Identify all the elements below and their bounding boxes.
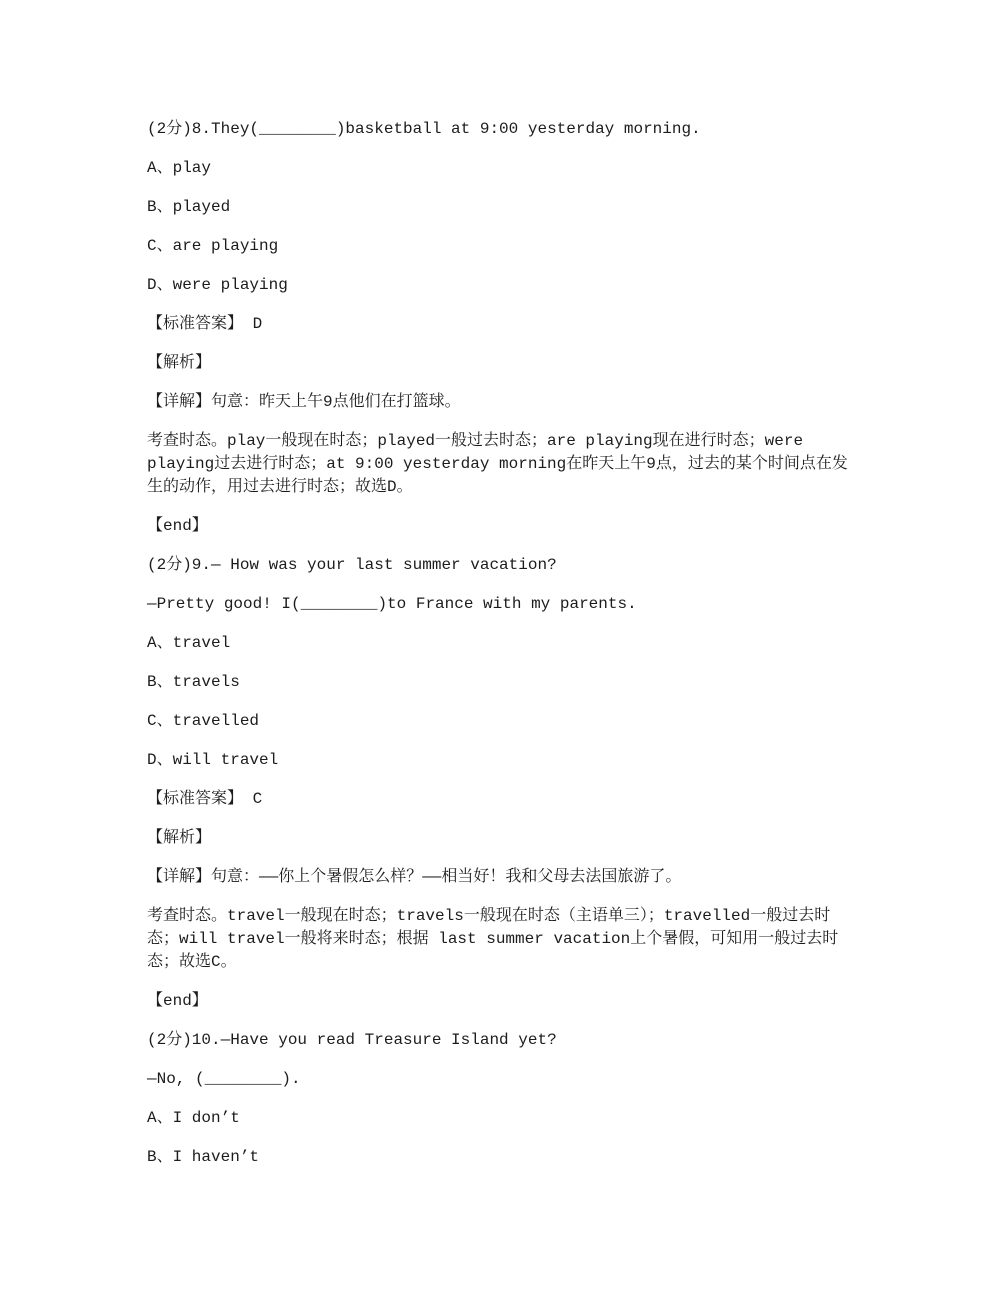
question-9: (2分)9.— How was your last summer vacatio… <box>147 554 855 1013</box>
question-8-end-marker: 【end】 <box>147 515 855 538</box>
question-10-prompt-line-1: (2分)10.—Have you read Treasure Island ye… <box>147 1029 855 1052</box>
question-8: (2分)8.They(________)basketball at 9:00 y… <box>147 118 855 538</box>
question-8-option-c: C、are playing <box>147 235 855 258</box>
question-9-analysis-heading: 【解析】 <box>147 827 855 850</box>
question-9-detail: 【详解】句意：——你上个暑假怎么样？——相当好！我和父母去法国旅游了。 <box>147 866 855 889</box>
exam-document-page: (2分)8.They(________)basketball at 9:00 y… <box>0 0 1000 1294</box>
question-9-option-a: A、travel <box>147 632 855 655</box>
question-9-option-b: B、travels <box>147 671 855 694</box>
question-9-prompt-line-1: (2分)9.— How was your last summer vacatio… <box>147 554 855 577</box>
question-9-end-marker: 【end】 <box>147 990 855 1013</box>
question-10-prompt-line-2: —No, (________). <box>147 1068 855 1091</box>
question-10-option-a: A、I don’t <box>147 1107 855 1130</box>
question-8-option-d: D、were playing <box>147 274 855 297</box>
question-10-option-b: B、I haven’t <box>147 1146 855 1169</box>
question-9-option-d: D、will travel <box>147 749 855 772</box>
question-8-explanation: 考查时态。play一般现在时态；played一般过去时态；are playing… <box>147 430 855 499</box>
question-8-prompt: (2分)8.They(________)basketball at 9:00 y… <box>147 118 855 141</box>
question-8-option-b: B、played <box>147 196 855 219</box>
question-8-analysis-heading: 【解析】 <box>147 352 855 375</box>
question-8-detail: 【详解】句意：昨天上午9点他们在打篮球。 <box>147 391 855 414</box>
question-9-option-c: C、travelled <box>147 710 855 733</box>
question-9-explanation: 考查时态。travel一般现在时态；travels一般现在时态（主语单三）；tr… <box>147 905 855 974</box>
question-8-option-a: A、play <box>147 157 855 180</box>
question-10: (2分)10.—Have you read Treasure Island ye… <box>147 1029 855 1169</box>
question-8-standard-answer: 【标准答案】 D <box>147 313 855 336</box>
question-9-standard-answer: 【标准答案】 C <box>147 788 855 811</box>
question-9-prompt-line-2: —Pretty good! I(________)to France with … <box>147 593 855 616</box>
